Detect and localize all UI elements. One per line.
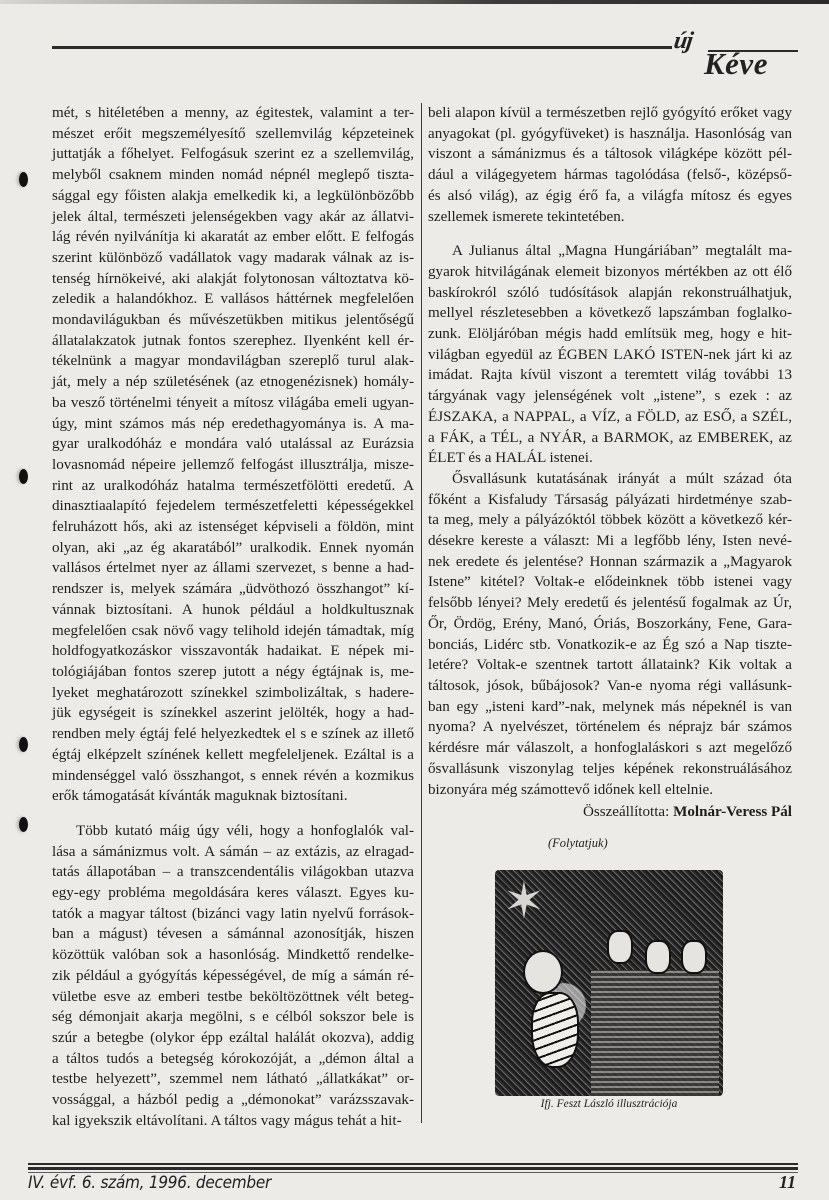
swaddled-child	[531, 992, 579, 1068]
text-line: mellyel részletesebben a következő lapsz…	[428, 303, 792, 324]
text-line: úgy, mint számos más nép eredethagyomány…	[52, 414, 414, 435]
paragraph-gap	[52, 807, 414, 821]
illustration-nativity: ✶	[495, 870, 723, 1096]
text-line: felsőbb lényei? Mely eredetű és jelentés…	[428, 593, 792, 614]
text-line: A Julianus által „Magna Hungáriában” meg…	[428, 241, 792, 262]
text-line: dinasztiaalapító fejedelem természetfele…	[52, 496, 414, 517]
text-line: zeledik a halandókhoz. E vallásos háttér…	[52, 289, 414, 310]
text-line: vületbe esve az emberi testbe beköltözöt…	[52, 987, 414, 1008]
text-line: egy-egy probléma megoldására keres válas…	[52, 883, 414, 904]
text-line: désekre kereste a választ: Mi a legfőbb …	[428, 531, 792, 552]
text-line: közöttük valóban sok a hasonlóság. Mindk…	[52, 945, 414, 966]
text-line: vallásos értelmet nyer az állami szervez…	[52, 558, 414, 579]
page-number: 11	[779, 1172, 796, 1193]
text-line: baskírokról szóló tudósítások alapján re…	[428, 283, 792, 304]
text-line: tékelnünk a magyar mondavilágban szerepl…	[52, 351, 414, 372]
footer-rule	[28, 1163, 798, 1165]
masthead-logo: új Kéve	[668, 28, 808, 88]
text-line: világban egyedül az ÉGBEN LAKÓ ISTEN-nek…	[428, 345, 792, 366]
text-line: égtáj elképzelt színének kellett megfele…	[52, 745, 414, 766]
text-line: gyar uralkodóház e mondára való utalássa…	[52, 434, 414, 455]
footer-rule	[28, 1167, 798, 1170]
text-line: szúr a betegbe (olykor épp ezáltal halál…	[52, 1028, 414, 1049]
illustration-caption: Ifj. Feszt László illusztrációja	[495, 1098, 723, 1110]
text-line: kérdésre már válaszolt, a honfoglaláskor…	[428, 738, 792, 759]
text-line: a táltos tudós a betegség kórokozóját, a…	[52, 1049, 414, 1070]
text-line: Istene” kitétel? Voltak-e elődeinknek tö…	[428, 572, 792, 593]
text-line: mészet erőit megszemélyesítő szellemvilá…	[52, 124, 414, 145]
kings-robes	[591, 970, 719, 1096]
text-line: ÉJSZAKA, a NAPPAL, a VÍZ, a FÖLD, az ESŐ…	[428, 407, 792, 428]
text-line: mét, s hitéletében a menny, az égitestek…	[52, 103, 414, 124]
text-line: Őr, Ördög, Erény, Manó, Óriás, Boszorkán…	[428, 614, 792, 635]
text-line: imádat. Rajta kívül viszont a teremtett …	[428, 365, 792, 386]
text-line: viszont a sámánizmus és a táltosok világ…	[428, 144, 792, 165]
text-line: bizonyára még számottevő időnek kell elt…	[428, 780, 792, 801]
text-line: nyoma? A nyelvészet, történelem és népra…	[428, 717, 792, 738]
text-line: testbe helyezett”, szemmel nem látható „…	[52, 1069, 414, 1090]
text-line: ta meg, mely a pályázóktól többek között…	[428, 510, 792, 531]
text-line: ban egy „isteni kard”-nak, melynek más n…	[428, 697, 792, 718]
text-line: anyagokat (pl. gyógyfüveket) is használj…	[428, 124, 792, 145]
text-line: táltosok, jósok, bűbájosok? Van-e nyoma …	[428, 676, 792, 697]
text-line: bonciás, Lidérc stb. Vonatkozik-e az Ég …	[428, 635, 792, 656]
text-line: letére? Voltak-e szentnek tartott állata…	[428, 655, 792, 676]
author-signature: Összeállította: Molnár-Veress Pál	[428, 802, 792, 823]
text-line: olyan, aki „az ég akaratából” uralkodik.…	[52, 538, 414, 559]
text-line: jelek által, természeti jelenségekben va…	[52, 207, 414, 228]
text-line: tatás állapotában – a transzcendentális …	[52, 862, 414, 883]
left-column: mét, s hitéletében a menny, az égitestek…	[52, 103, 414, 1131]
text-line: nek eredete és jelentése? Honnan származ…	[428, 552, 792, 573]
text-line: holdfogyatkozáskor visszavonták hadaikat…	[52, 641, 414, 662]
text-line: felruházott hős, aki az istenséget képvi…	[52, 517, 414, 538]
text-line: erők támogatását kívánták maguknak bizto…	[52, 786, 414, 807]
text-line: lág révén nyilvánítja ki akaratát az emb…	[52, 227, 414, 248]
text-line: jük egységeit is színekkel aszerint jelö…	[52, 703, 414, 724]
child-head	[523, 950, 563, 994]
text-line: ját, mely a nép születésének (az etnogen…	[52, 372, 414, 393]
text-line: gyarok hitvilágának elemeit bizonyos mér…	[428, 262, 792, 283]
text-line: főként a Kisfaludy Társaság pályázati hi…	[428, 490, 792, 511]
text-line: szellemek ismerete tekintetében.	[428, 207, 792, 228]
text-line: kal igyekszik eltávolítani. A táltos vag…	[52, 1111, 414, 1132]
text-line: zik például a gyógyítás képességével, de…	[52, 966, 414, 987]
text-line: ba vesző történelmi tényeit a mítosz vil…	[52, 393, 414, 414]
text-line: a FÁK, a TÉL, a NYÁR, a BARMOK, az EMBER…	[428, 428, 792, 449]
scan-edge	[0, 0, 829, 4]
text-line: dául a világegyetem hármas tagolódása (f…	[428, 165, 792, 186]
text-line: zunk. Elöljáróban mégis hadd említsük me…	[428, 324, 792, 345]
text-line: lyeket meghatározott színekkel szimboliz…	[52, 683, 414, 704]
text-line: Több kutató máig úgy véli, hogy a honfog…	[52, 821, 414, 842]
text-line: lása a sámánizmus volt. A sámán – az ext…	[52, 842, 414, 863]
king-figure	[681, 940, 707, 974]
king-figure	[645, 940, 671, 974]
text-line: ÉLET és a HALÁL istenei.	[428, 448, 792, 469]
right-column: beli alapon kívül a természetben rejlő g…	[428, 103, 792, 854]
text-line: mindenséggel való összhangot, s ennek ré…	[52, 766, 414, 787]
binding-hole	[19, 737, 28, 752]
text-line: juttatják a főhelyet. Felfogásuk szerint…	[52, 144, 414, 165]
text-line: szerint különböző vadállatok vagy madara…	[52, 248, 414, 269]
text-line: beli alapon kívül a természetben rejlő g…	[428, 103, 792, 124]
text-line: tenség hírnökeivé, aki alakját folytonos…	[52, 269, 414, 290]
text-line: lovasnomád népeire jellemző felfogást il…	[52, 455, 414, 476]
text-line: vánnak biztosítani. A hunok például a ho…	[52, 600, 414, 621]
column-divider	[421, 103, 422, 1123]
star-icon: ✶	[503, 876, 545, 926]
signature-label: Összeállította:	[583, 804, 669, 820]
text-line: megfelelően csak növő vagy telihold idej…	[52, 621, 414, 642]
text-line: mondavilágukban és művészetükben mitikus…	[52, 310, 414, 331]
issue-info: IV. évf. 6. szám, 1996. december	[28, 1173, 271, 1193]
paragraph-gap	[428, 227, 792, 241]
text-line: rint az uralkodóház hatalma természetföl…	[52, 476, 414, 497]
text-line: rendszer is, melyek számára „üdvöthozó ö…	[52, 579, 414, 600]
king-figure	[607, 930, 633, 964]
text-line: Ősvallásunk kutatásának irányát a múlt s…	[428, 469, 792, 490]
text-line: állatalakzatok jutnak fontos szerephez. …	[52, 331, 414, 352]
author-name: Molnár-Veress Pál	[673, 804, 792, 820]
text-line: tatók a magyar táltost (bizánci vagy lat…	[52, 904, 414, 925]
text-line: sággal egy főisten alakja emelkedik ki, …	[52, 186, 414, 207]
masthead-title: Kéve	[704, 46, 768, 82]
text-line: ban a mágust) tévesen a sámánnal azonosí…	[52, 924, 414, 945]
header-rule	[52, 46, 672, 49]
text-line: és alsó világ), az égig érő fa, a világf…	[428, 186, 792, 207]
binding-hole	[19, 469, 28, 484]
text-line: vossággal, a házból pedig a „démonokat” …	[52, 1090, 414, 1111]
text-line: rendben mely égtáj felé helyezkedtek el …	[52, 724, 414, 745]
text-line: ség démonjait akarja megölni, s e célból…	[52, 1007, 414, 1028]
binding-hole	[19, 172, 28, 187]
text-line: ősvallásunk viszonylag teljes képének re…	[428, 759, 792, 780]
text-line: tológiájában fontos szerep jutott a négy…	[52, 662, 414, 683]
text-line: tárgyának vagy jelenségének volt „istene…	[428, 386, 792, 407]
binding-hole	[19, 817, 28, 832]
text-line: melyből csaknem minden nomád népnél megl…	[52, 165, 414, 186]
to-be-continued: (Folytatjuk)	[548, 833, 792, 854]
masthead-prefix: új	[672, 28, 694, 55]
